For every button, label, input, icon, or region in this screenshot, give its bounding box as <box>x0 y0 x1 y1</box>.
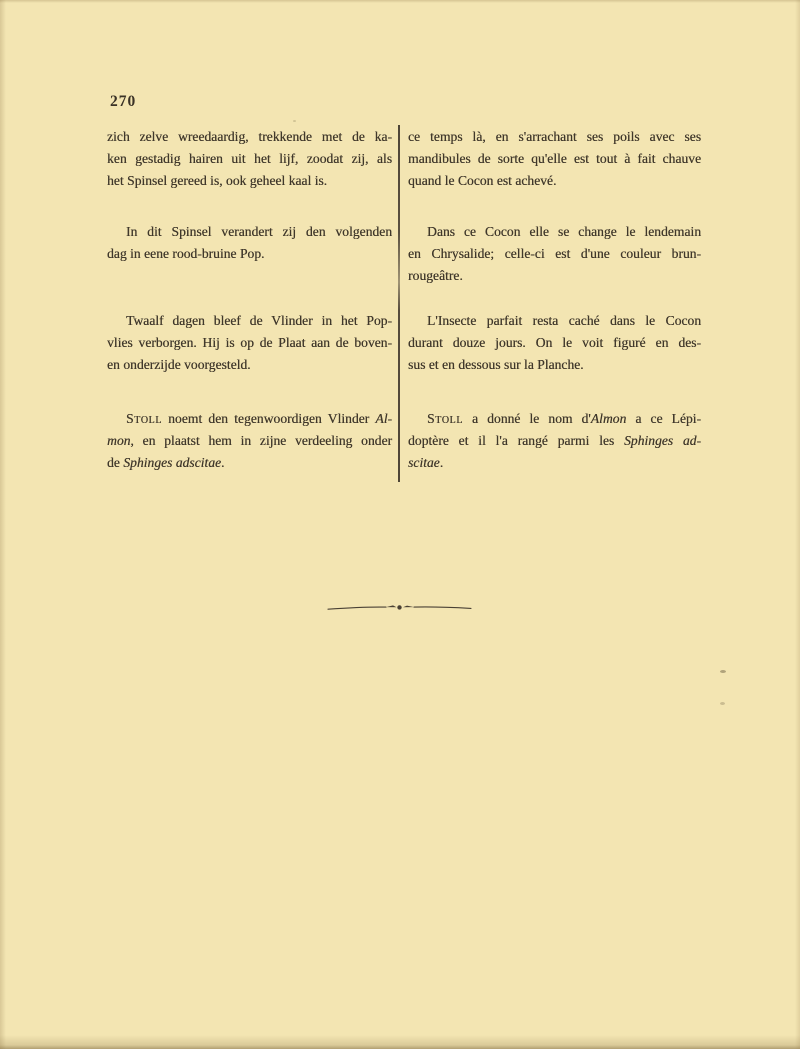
text-line: mandibules de sorte qu'elle est tout à f… <box>408 148 701 170</box>
column-divider-rule <box>398 125 400 482</box>
text-line: durant douze jours. On le voit figuré en… <box>408 332 701 354</box>
plain-text: , en plaatst hem in zijne verdeeling ond… <box>130 433 392 448</box>
paper-speck <box>293 120 296 122</box>
plain-text: . <box>221 455 224 470</box>
smallcaps-text: Stoll <box>427 411 463 426</box>
paragraph-french-4: Stoll a donné le nom d'Almon a ce Lépi-d… <box>408 408 701 474</box>
text-line: scitae. <box>408 452 701 474</box>
italic-text: Almon <box>591 411 627 426</box>
paragraph-french-1: ce temps là, en s'arrachant ses poils av… <box>408 126 701 192</box>
text-line: Twaalf dagen bleef de Vlinder in het Pop… <box>107 310 392 332</box>
text-line: zich zelve wreedaardig, trekkende met de… <box>107 126 392 148</box>
plain-text: a donné le nom d' <box>463 411 591 426</box>
text-line: en Chrysalide; celle-ci est d'une couleu… <box>408 243 701 265</box>
paragraph-dutch-4: Stoll noemt den tegenwoordigen Vlinder A… <box>107 408 392 474</box>
italic-text: Al- <box>375 411 392 426</box>
plain-text: doptère et il l'a rangé parmi les <box>408 433 624 448</box>
plain-text: de <box>107 455 123 470</box>
text-line: ce temps là, en s'arrachant ses poils av… <box>408 126 701 148</box>
italic-text: Sphinges ad- <box>624 433 701 448</box>
paragraph-dutch-2: In dit Spinsel verandert zij den volgend… <box>107 221 392 265</box>
paragraph-french-2: Dans ce Cocon elle se change le lendemai… <box>408 221 701 287</box>
plain-text: . <box>440 455 443 470</box>
text-line: In dit Spinsel verandert zij den volgend… <box>107 221 392 243</box>
text-line: dag in eene rood-bruine Pop. <box>107 243 392 265</box>
italic-text: scitae <box>408 455 440 470</box>
text-line: L'Insecte parfait resta caché dans le Co… <box>408 310 701 332</box>
text-line: de Sphinges adscitae. <box>107 452 392 474</box>
paragraph-dutch-1: zich zelve wreedaardig, trekkende met de… <box>107 126 392 192</box>
text-line: ken gestadig hairen uit het lijf, zoodat… <box>107 148 392 170</box>
smallcaps-text: Stoll <box>126 411 162 426</box>
text-line: vlies verborgen. Hij is op de Plaat aan … <box>107 332 392 354</box>
paper-speck <box>720 670 726 673</box>
italic-text: Sphinges adscitae <box>123 455 221 470</box>
page-number: 270 <box>110 93 136 111</box>
text-line: rougeâtre. <box>408 265 701 287</box>
paper-speck <box>720 702 725 705</box>
text-line: doptère et il l'a rangé parmi les Sphing… <box>408 430 701 452</box>
paragraph-dutch-3: Twaalf dagen bleef de Vlinder in het Pop… <box>107 310 392 376</box>
text-line: en onderzijde voorgesteld. <box>107 354 392 376</box>
text-line: Stoll noemt den tegenwoordigen Vlinder A… <box>107 408 392 430</box>
paragraph-french-3: L'Insecte parfait resta caché dans le Co… <box>408 310 701 376</box>
italic-text: mon <box>107 433 130 448</box>
text-line: quand le Cocon est achevé. <box>408 170 701 192</box>
text-line: Stoll a donné le nom d'Almon a ce Lépi- <box>408 408 701 430</box>
plain-text: noemt den tegenwoordigen Vlinder <box>162 411 375 426</box>
text-line: het Spinsel gereed is, ook geheel kaal i… <box>107 170 392 192</box>
text-line: Dans ce Cocon elle se change le lendemai… <box>408 221 701 243</box>
text-line: mon, en plaatst hem in zijne verdeeling … <box>107 430 392 452</box>
tapered-rule-ornament <box>327 601 472 615</box>
plain-text: a ce Lépi- <box>626 411 701 426</box>
text-line: sus et en dessous sur la Planche. <box>408 354 701 376</box>
